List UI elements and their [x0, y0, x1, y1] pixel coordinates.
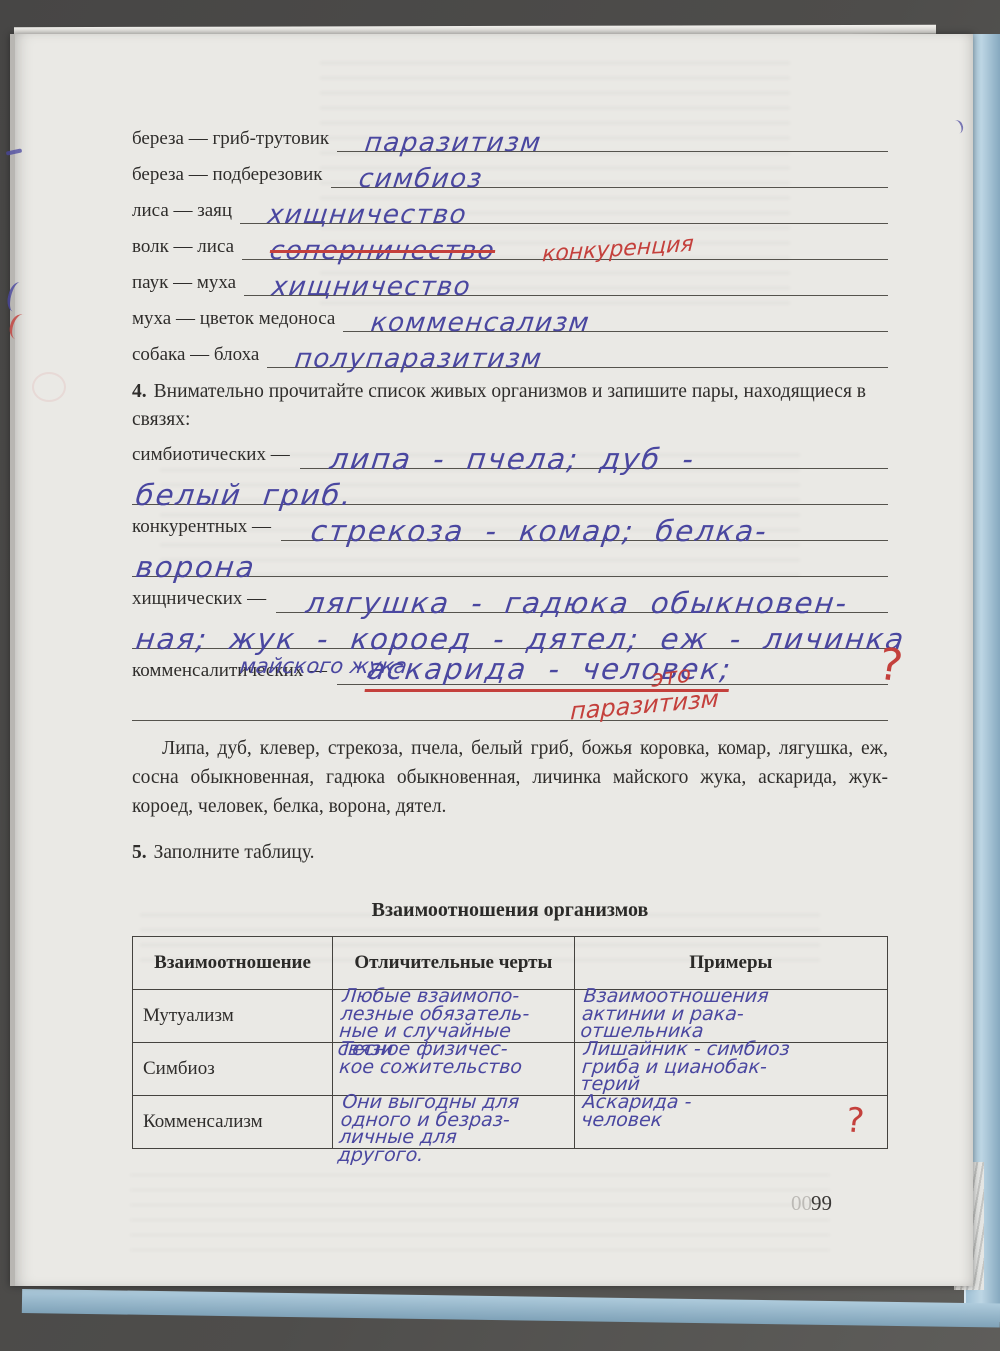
pair-label: лиса — заяц	[132, 200, 232, 224]
organisms-paragraph: Липа, дуб, клевер, стрекоза, пчела, белы…	[132, 735, 888, 821]
task5-text: Заполните таблицу.	[154, 842, 315, 863]
page-number: 99	[811, 1191, 832, 1215]
answer-line: соперничествоконкуренция	[242, 223, 888, 260]
answer-line: ворона	[132, 540, 888, 577]
answer-line: паразитизм	[337, 115, 888, 152]
examples-cell: Лишайник - симбиоз гриба и цианобак- тер…	[574, 1043, 887, 1096]
table-header: Отличительные черты	[333, 937, 575, 990]
answer-line: стрекоза - комар; белка-	[281, 504, 888, 541]
red-note: паразитизм	[570, 685, 720, 726]
table-row: СимбиозТесное физичес- кое сожительствоЛ…	[133, 1043, 888, 1096]
answer-line: симбиоз	[331, 151, 888, 188]
answer-line: комменсализм	[343, 295, 888, 332]
handwritten-cell-text: Они выгодны для одного и безраз- личные …	[337, 1094, 584, 1164]
cell-content: Лишайник - симбиоз гриба и цианобак- тер…	[576, 1046, 886, 1092]
task4-number: 4.	[132, 381, 147, 402]
handwritten-cell-text: Тесное физичес- кое сожительство	[339, 1041, 583, 1076]
stray-ink-mark	[949, 118, 965, 135]
page-number-area: 0099	[132, 1191, 888, 1216]
pair-label: береза — гриб-трутовик	[132, 128, 329, 152]
bleed-through-page-number: 00	[791, 1191, 812, 1215]
answer-line: лягушка - гадюка обыкновен-	[276, 576, 888, 613]
handwritten-answer: полупаразитизм	[293, 344, 544, 374]
task4-entry-line: ная; жук - короед - дятел; еж - личинкам…	[132, 613, 888, 649]
relationship-name-cell: Комменсализм	[133, 1096, 333, 1149]
handwritten-cell-text: Лишайник - симбиоз гриба и цианобак- тер…	[579, 1041, 896, 1094]
page-content: береза — гриб-трутовикпаразитизмбереза —…	[132, 116, 888, 1216]
red-question-mark: ?	[876, 643, 905, 690]
pair-row: муха — цветок медоносакомменсализм	[132, 296, 888, 332]
answer-line: аскарида - человек;это?	[337, 648, 888, 685]
pair-row: береза — гриб-трутовикпаразитизм	[132, 116, 888, 152]
pair-row: волк — лисасоперничествоконкуренция	[132, 224, 888, 260]
pair-label: волк — лиса	[132, 236, 234, 260]
table-header-row: ВзаимоотношениеОтличительные чертыПример…	[133, 937, 888, 990]
workbook-page: береза — гриб-трутовикпаразитизмбереза —…	[10, 34, 973, 1286]
traits-cell: Тесное физичес- кое сожительство	[333, 1043, 575, 1096]
pair-row: лиса — заяцхищничество	[132, 188, 888, 224]
task4-entry-line: хищнических —лягушка - гадюка обыкновен-	[132, 577, 888, 613]
traits-cell: Любые взаимопо- лезные обязатель- ные и …	[333, 990, 575, 1043]
cell-content: Они выгодны для одного и безраз- личные …	[334, 1099, 573, 1145]
task5-number: 5.	[132, 842, 147, 863]
entry-label: конкурентных —	[132, 516, 271, 541]
examples-cell: Взаимоотношения актинии и рака- отшельни…	[574, 990, 887, 1043]
answer-line: белый гриб.	[132, 468, 888, 505]
relationships-table: ВзаимоотношениеОтличительные чертыПример…	[132, 936, 888, 1149]
pair-row: паук — мухахищничество	[132, 260, 888, 296]
pair-row: собака — блохаполупаразитизм	[132, 332, 888, 368]
page-gutter	[10, 34, 15, 1286]
answer-line: паразитизм	[132, 684, 888, 721]
cell-content: Взаимоотношения актинии и рака- отшельни…	[576, 993, 886, 1039]
relationship-name-cell: Симбиоз	[133, 1043, 333, 1096]
book-cover-bottom-edge	[22, 1289, 1000, 1328]
red-question-mark: ?	[844, 1100, 866, 1142]
entry-label: симбиотических —	[132, 444, 290, 469]
task4-entry-line: ворона	[132, 541, 888, 577]
cell-content: Аскарида - человек?	[576, 1099, 886, 1145]
cell-content: Тесное физичес- кое сожительство	[334, 1046, 573, 1092]
pair-label: собака — блоха	[132, 344, 259, 368]
relationship-name-cell: Мутуализм	[133, 990, 333, 1043]
task4-heading: 4.Внимательно прочитайте список живых ор…	[132, 378, 888, 433]
task4-entries: симбиотических —липа - пчела; дуб -белый…	[132, 433, 888, 721]
pair-label: береза — подберезовик	[132, 164, 323, 188]
entry-label: хищнических —	[132, 588, 266, 613]
task4-entry-line: паразитизм	[132, 685, 888, 721]
task5-heading: 5.Заполните таблицу.	[132, 839, 888, 867]
answer-line: ная; жук - короед - дятел; еж - личинкам…	[132, 612, 888, 649]
table-row: КомменсализмОни выгодны для одного и без…	[133, 1096, 888, 1149]
pair-label: паук — муха	[132, 272, 236, 296]
task4-entry-line: конкурентных —стрекоза - комар; белка-	[132, 505, 888, 541]
stray-ink-mark	[32, 372, 66, 402]
cell-content: Любые взаимопо- лезные обязатель- ные и …	[334, 993, 573, 1039]
answer-line: липа - пчела; дуб -	[300, 432, 888, 469]
table-header: Взаимоотношение	[133, 937, 333, 990]
table-title: Взаимоотношения организмов	[132, 899, 888, 922]
pair-row: береза — подберезовиксимбиоз	[132, 152, 888, 188]
task4-entry-line: симбиотических —липа - пчела; дуб -	[132, 433, 888, 469]
answer-line: полупаразитизм	[267, 331, 888, 368]
pairs-list: береза — гриб-трутовикпаразитизмбереза —…	[132, 116, 888, 368]
examples-cell: Аскарида - человек?	[574, 1096, 887, 1149]
handwritten-cell-text: Взаимоотношения актинии и рака- отшельни…	[579, 988, 896, 1041]
interlinear-note: майского жука	[239, 654, 409, 678]
stray-ink-mark	[5, 280, 29, 313]
traits-cell: Они выгодны для одного и безраз- личные …	[333, 1096, 575, 1149]
answer-line: хищничество	[240, 187, 888, 224]
table-row: МутуализмЛюбые взаимопо- лезные обязател…	[133, 990, 888, 1043]
task4-text: Внимательно прочитайте список живых орга…	[132, 381, 866, 430]
task4-entry-line: белый гриб.	[132, 469, 888, 505]
answer-line: хищничество	[244, 259, 888, 296]
pair-label: муха — цветок медоноса	[132, 308, 335, 332]
table-header: Примеры	[574, 937, 887, 990]
